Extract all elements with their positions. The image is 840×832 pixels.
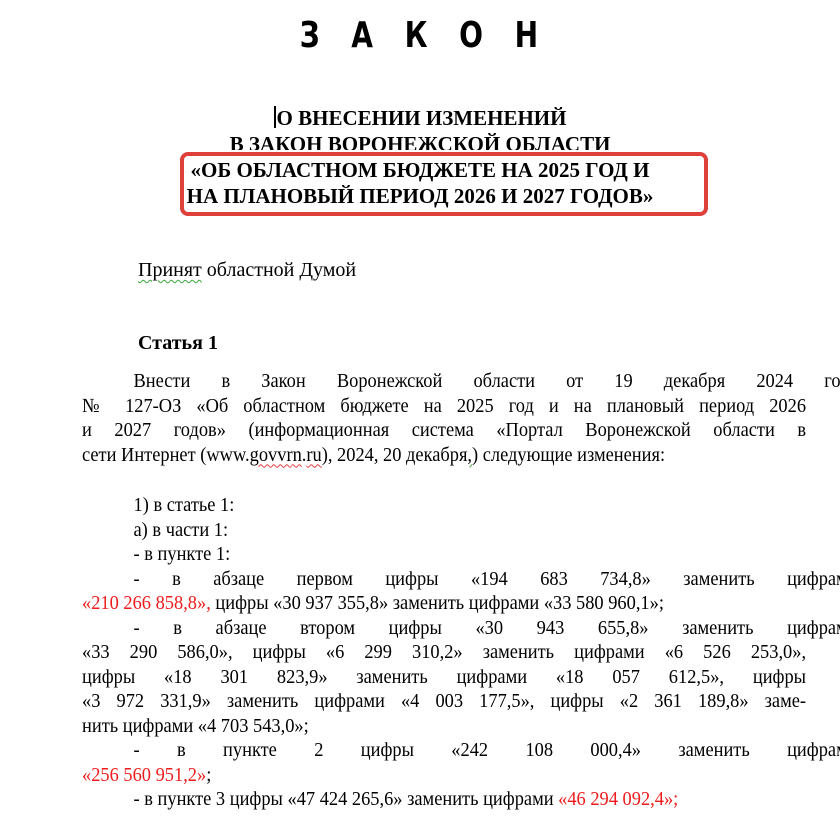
para2-line3: цифры «18 301 823,9» заменить цифрами «1… <box>82 665 806 690</box>
heading-line-1: О ВНЕСЕНИИ ИЗМЕНЕНИЙ <box>0 105 840 131</box>
highlight-box <box>180 152 708 216</box>
para2-line1: - в абзаце втором цифры «30 943 655,8» з… <box>82 616 840 641</box>
accepted-word: Принят <box>138 259 202 281</box>
item-part-1: а) в части 1: <box>82 518 840 543</box>
para4-line1: - в пункте 3 цифры «47 424 265,6» замени… <box>82 787 840 812</box>
new-value-red: «256 560 951,2» <box>82 764 206 786</box>
intro-line-3: и 2027 годов» (информационная система «П… <box>82 418 806 443</box>
new-value-red: «210 266 858,8», <box>82 592 211 614</box>
para3-line1: - в пункте 2 цифры «242 108 000,4» замен… <box>82 738 840 763</box>
item-article-1: 1) в статье 1: <box>82 493 840 518</box>
accepted-rest: областной Думой <box>202 259 356 281</box>
intro-line-1: Внести в Закон Воронежской области от 19… <box>82 369 840 394</box>
intro-line-4: сети Интернет (www.govvrn.ru), 2024, 20 … <box>82 443 806 468</box>
changes-list: 1) в статье 1: а) в части 1: - в пункте … <box>82 493 806 812</box>
para2-line2: «33 290 586,0», цифры «6 299 310,2» заме… <box>82 640 806 665</box>
para3-line2: «256 560 951,2»; <box>82 763 806 788</box>
new-value-red: «46 294 092,4»; <box>558 788 678 810</box>
para1-line1: - в абзаце первом цифры «194 683 734,8» … <box>82 567 840 592</box>
para2-line5: нить цифрами «4 703 543,0»; <box>82 714 806 739</box>
para1-line2: «210 266 858,8», цифры «30 937 355,8» за… <box>82 591 806 616</box>
item-point-1: - в пункте 1: <box>82 542 840 567</box>
intro-paragraph: Внести в Закон Воронежской области от 19… <box>82 369 806 467</box>
para2-line4: «3 972 331,9» заменить цифрами «4 003 17… <box>82 689 806 714</box>
accepted-by: Принят областной Думой <box>138 258 840 283</box>
article-title: Статья 1 <box>138 331 840 356</box>
intro-line-2: № 127-ОЗ «Об областном бюджете на 2025 г… <box>82 394 806 419</box>
text-cursor <box>274 106 276 128</box>
document-page: З А К О Н О ВНЕСЕНИИ ИЗМЕНЕНИЙ В ЗАКОН В… <box>0 0 840 832</box>
law-title: З А К О Н <box>97 12 752 60</box>
